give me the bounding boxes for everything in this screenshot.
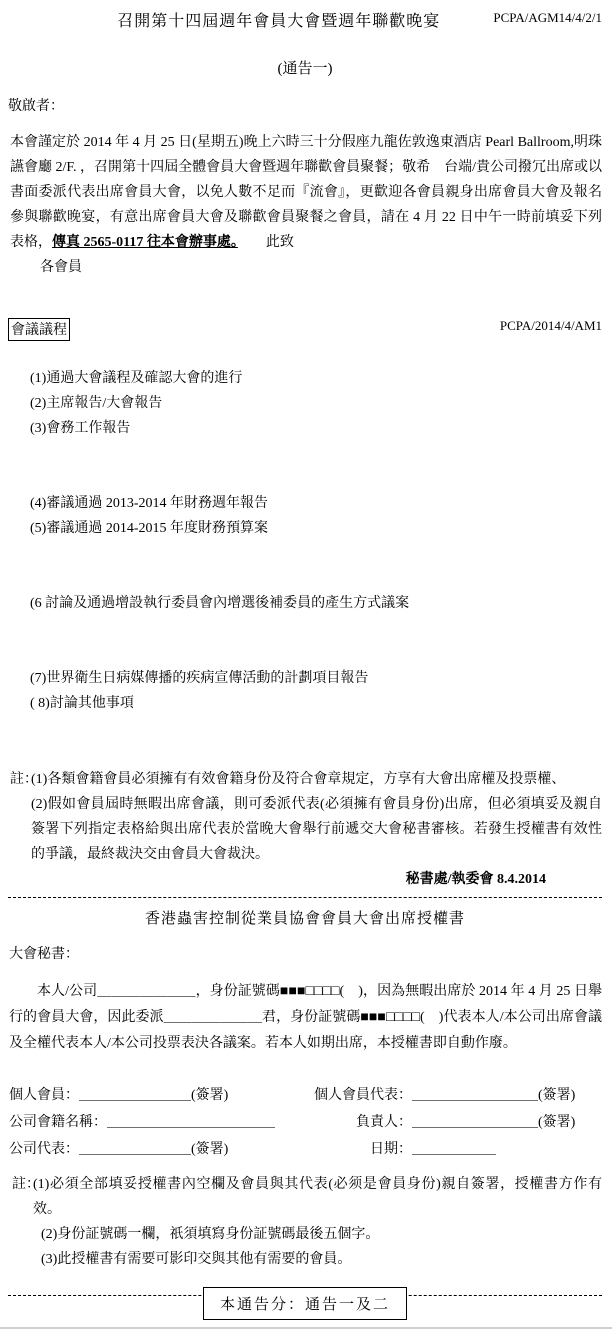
- blank-line: ＿＿＿＿＿＿＿＿＿＿＿＿: [107, 1115, 275, 1130]
- blank-line: ＿＿＿＿＿＿＿＿＿: [412, 1115, 538, 1130]
- note-item: (2)身份証號碼一欄，祇須填寫身份証號碼最後五個字。: [33, 1222, 602, 1247]
- agenda-item: (5)審議通過 2014-2015 年度財務預算案: [30, 516, 268, 541]
- document-reference: PCPA/AGM14/4/2/1: [493, 8, 602, 26]
- agenda-row: (6 討論及通過增設執行委員會內增選後補委員的產生方式議案: [9, 566, 602, 641]
- signature-row: 個人會員：＿＿＿＿＿＿＿＿(簽署) 個人會員代表：＿＿＿＿＿＿＿＿＿(簽署): [9, 1082, 602, 1109]
- proxy-form-title: 香港蟲害控制從業員協會會員大會出席授權書: [8, 907, 602, 928]
- field-label: 個人會員：: [9, 1088, 79, 1103]
- document-header: 召開第十四屆週年會員大會暨週年聯歡晚宴 PCPA/AGM14/4/2/1: [8, 8, 602, 31]
- agenda-section: 會議議程 PCPA/2014/4/AM1 (1)通過大會議程及確認大會的進行 (…: [8, 318, 602, 741]
- individual-member-field: 個人會員：＿＿＿＿＿＿＿＿(簽署): [9, 1082, 312, 1109]
- agenda-row: (4)審議通過 2013-2014 年財務週年報告 (5)審議通過 2014-2…: [9, 466, 602, 566]
- field-label: 公司代表：: [9, 1142, 79, 1157]
- agenda-row: (7)世界衛生日病媒傳播的疾病宣傳活動的計劃項目報告 ( 8)討論其他事項: [9, 641, 602, 741]
- letter-closing: 此致: [238, 235, 294, 250]
- blank-line: ＿＿＿＿＿＿＿＿: [79, 1088, 191, 1103]
- proxy-notes-section: 註： (1)必須全部填妥授權書內空欄及會員與其代表(必须是會員身份)親自簽署，授…: [8, 1172, 602, 1272]
- signature-row: 公司會籍名稱：＿＿＿＿＿＿＿＿＿＿＿＿ 負責人：＿＿＿＿＿＿＿＿＿(簽署): [9, 1109, 602, 1136]
- individual-member-rep-field: 個人會員代表：＿＿＿＿＿＿＿＿＿(簽署): [312, 1082, 602, 1109]
- proxy-declaration-paragraph: 本人/公司＿＿＿＿＿＿＿，身份証號碼■■■□□□□( )，因為無暇出席於 201…: [9, 979, 602, 1057]
- document-page: 召開第十四屆週年會員大會暨週年聯歡晚宴 PCPA/AGM14/4/2/1 (通告…: [0, 0, 612, 1327]
- note-item: (2)假如會員屆時無暇出席會議，則可委派代表(必須擁有會員身份)出席，但必須填妥…: [31, 792, 602, 867]
- blank-line: ＿＿＿＿＿＿＿＿: [79, 1142, 191, 1157]
- agenda-item: (3)會務工作報告: [30, 416, 130, 441]
- section-divider-line: [8, 897, 602, 898]
- sign-suffix: (簽署): [538, 1115, 575, 1130]
- addressee: 各會員: [40, 255, 602, 280]
- notice-number-label: (通告一): [8, 57, 602, 78]
- sign-suffix: (簽署): [538, 1088, 575, 1103]
- sign-suffix: (簽署): [191, 1142, 228, 1157]
- agenda-reference: PCPA/2014/4/AM1: [500, 318, 602, 334]
- date-field: 日期：＿＿＿＿＿＿: [312, 1136, 602, 1163]
- signature-fields: 個人會員：＿＿＿＿＿＿＿＿(簽署) 個人會員代表：＿＿＿＿＿＿＿＿＿(簽署) 公…: [9, 1082, 602, 1163]
- signature-row: 公司代表：＿＿＿＿＿＿＿＿(簽署) 日期：＿＿＿＿＿＿: [9, 1136, 602, 1163]
- field-label: 日期：: [312, 1136, 412, 1163]
- note-item: (1)必須全部填妥授權書內空欄及會員與其代表(必须是會員身份)親自簽署，授權書方…: [33, 1172, 602, 1222]
- company-representative-field: 公司代表：＿＿＿＿＿＿＿＿(簽署): [9, 1136, 312, 1163]
- field-label: 負責人：: [312, 1109, 412, 1136]
- secretariat-signoff: 秘書處/執委會 8.4.2014: [8, 868, 602, 888]
- note-item: (1)各類會籍會員必須擁有有效會籍身份及符合會章規定，方享有大會出席權及投票權、: [31, 767, 602, 792]
- footer-band: 本通告分：通告一及二: [8, 1287, 602, 1327]
- agenda-item: (2)主席報告/大會報告: [30, 391, 220, 416]
- fax-instruction: 傳真 2565-0117 往本會辦事處。: [52, 235, 238, 250]
- note-item: (3)此授權書有需要可影印交與其他有需要的會員。: [33, 1247, 602, 1272]
- notes-label: 註：: [12, 1172, 40, 1197]
- agenda-heading: 會議議程: [8, 318, 70, 341]
- agenda-item: (7)世界衛生日病媒傳播的疾病宣傳活動的計劃項目報告: [30, 666, 393, 691]
- sign-suffix: (簽署): [191, 1088, 228, 1103]
- person-in-charge-field: 負責人：＿＿＿＿＿＿＿＿＿(簽署): [312, 1109, 602, 1136]
- field-label: 公司會籍名稱：: [9, 1115, 107, 1130]
- agenda-item: ( 8)討論其他事項: [30, 691, 134, 716]
- salutation: 敬啟者：: [8, 95, 602, 115]
- agenda-item: (4)審議通過 2013-2014 年財務週年報告: [30, 491, 328, 516]
- notes-label: 註：: [10, 767, 38, 792]
- agenda-row: (1)通過大會議程及確認大會的進行 (2)主席報告/大會報告 (3)會務工作報告: [9, 341, 602, 466]
- letter-body-paragraph: 本會謹定於 2014 年 4 月 25 日(星期五)晚上六時三十分假座九龍佐敦逸…: [10, 130, 602, 255]
- footer-notice-box: 本通告分：通告一及二: [203, 1287, 407, 1320]
- agenda-item: (1)通過大會議程及確認大會的進行: [30, 366, 268, 391]
- blank-line: ＿＿＿＿＿＿: [412, 1142, 496, 1157]
- field-label: 個人會員代表：: [312, 1082, 412, 1109]
- notes-section: 註： (1)各類會籍會員必須擁有有效會籍身份及符合會章規定，方享有大會出席權及投…: [8, 767, 602, 867]
- page-title: 召開第十四屆週年會員大會暨週年聯歡晚宴: [8, 8, 493, 31]
- secretary-label: 大會秘書：: [9, 943, 602, 963]
- company-membership-name-field: 公司會籍名稱：＿＿＿＿＿＿＿＿＿＿＿＿: [9, 1109, 312, 1136]
- agenda-item: (6 討論及通過增設執行委員會內增選後補委員的產生方式議案: [30, 591, 409, 616]
- letter-body-text: 本會謹定於 2014 年 4 月 25 日(星期五)晚上六時三十分假座九龍佐敦逸…: [10, 135, 602, 250]
- blank-line: ＿＿＿＿＿＿＿＿＿: [412, 1088, 538, 1103]
